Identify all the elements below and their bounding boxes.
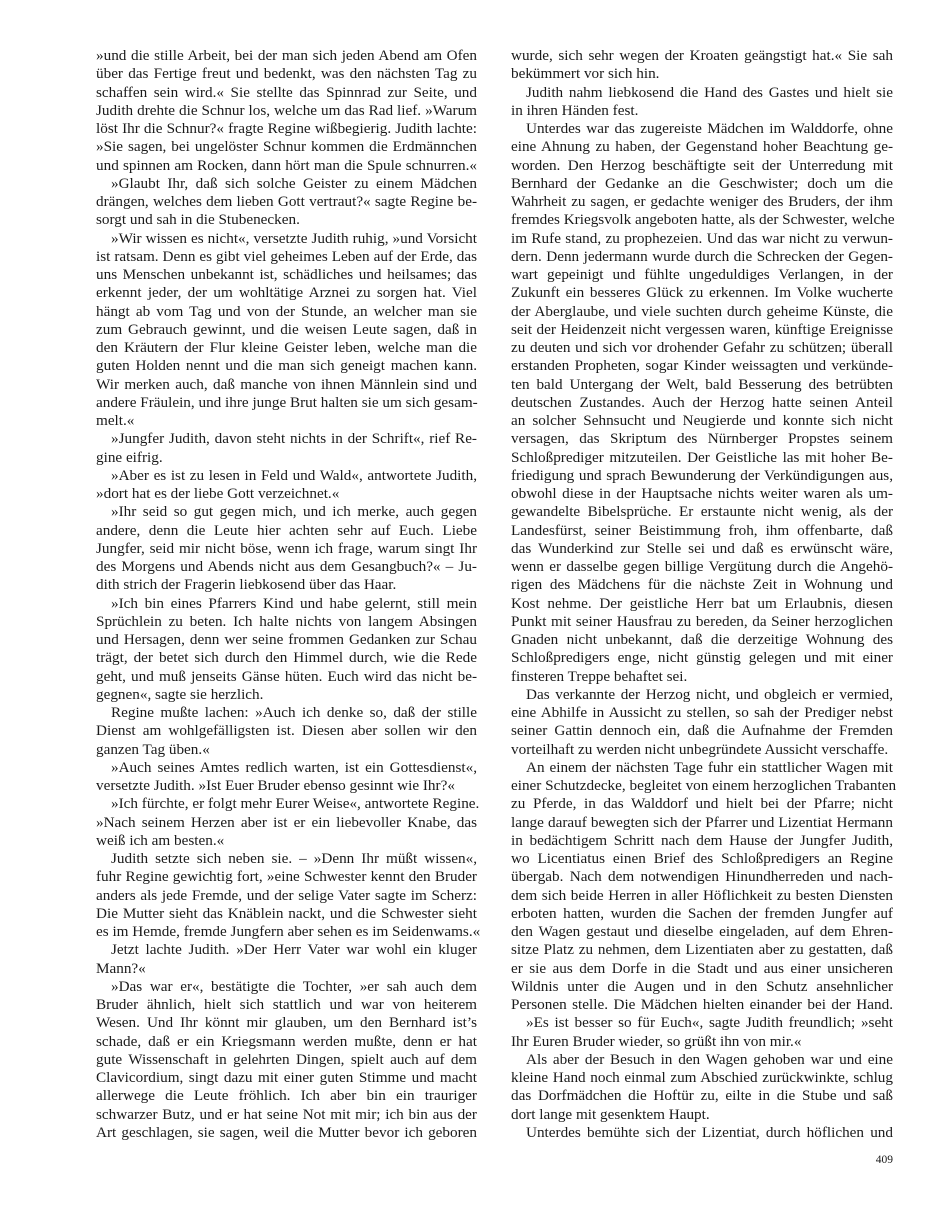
text-line: »und die stille Arbeit, bei der man sich… (96, 47, 477, 65)
text-line: übergab. Nach dem notwendigen Hinundherr… (511, 868, 893, 886)
text-line: An einem der nächsten Tage fuhr ein stat… (511, 759, 893, 777)
text-line: den Kräutern der Flur kleine Geister leb… (96, 339, 477, 357)
text-line: anders als jede Fremde, und der selige V… (96, 887, 477, 905)
text-line: »Ich bin eines Pfarrers Kind und habe ge… (96, 595, 477, 613)
text-line: Landesfürst, seiner Beistimmung froh, ih… (511, 522, 893, 540)
text-line: Kost nehme. Der geistliche Herr bat um E… (511, 595, 893, 613)
text-line: Unterdes war das zugereiste Mädchen im W… (511, 120, 893, 138)
text-line: wurde, sich sehr wegen der Kroaten geäng… (511, 47, 893, 65)
text-line: lange darauf bewegten sich der Pfarrer u… (511, 814, 893, 832)
text-line: den Wagen gestaut und dieselbe eingelade… (511, 923, 893, 941)
text-line: Regine mußte lachen: »Auch ich denke so,… (96, 704, 477, 722)
text-line: Schloßpredigers enge, nicht günstig gele… (511, 649, 893, 667)
text-line: worden. Den Herzog beschäftigte seit der… (511, 157, 893, 175)
text-line: andere Fräulein, und ihre junge Brut hal… (96, 394, 477, 412)
text-line: Das verkannte der Herzog nicht, und obgl… (511, 686, 893, 704)
text-line: Zukunft ein besseres Glück zu erkennen. … (511, 284, 893, 302)
text-line: Sprüchlein zu beten. Ich halte nichts vo… (96, 613, 477, 631)
text-line: Bernhard der Gedanke an die Geschwister;… (511, 175, 893, 193)
text-line: Punkt mit seiner Hausfrau zu bereden, da… (511, 613, 893, 631)
text-line: friedigung und sprach Bewunderung der Ve… (511, 467, 893, 485)
text-line: vorteilhaft zu werden nicht unbegründete… (511, 741, 893, 759)
text-line: »dort hat es der liebe Gott verzeichnet.… (96, 485, 477, 503)
right-text-column: wurde, sich sehr wegen der Kroaten geäng… (511, 47, 893, 1142)
text-line: Jungfer, seid mir nicht böse, wenn ich f… (96, 540, 477, 558)
text-line: Judith nahm liebkosend die Hand des Gast… (511, 84, 893, 102)
text-line: obwohl diese in der Hauptsache nichts we… (511, 485, 893, 503)
page-number: 409 (870, 1153, 893, 1167)
text-line: einer Schutzdecke, begleitet von einem h… (511, 777, 893, 795)
text-line: sitze Platz zu nehmen, dem Lizentiaten a… (511, 941, 893, 959)
text-line: dort lange mit gesenktem Haupt. (511, 1106, 893, 1124)
text-line: Personen stelle. Die Mädchen hielten ein… (511, 996, 893, 1014)
left-text-column: »und die stille Arbeit, bei der man sich… (96, 47, 477, 1142)
text-line: gewandelte Bibelsprüche. Er erstaunte ni… (511, 503, 893, 521)
text-line: und spinnen am Rocken, dann hört man die… (96, 157, 477, 175)
text-line: seit der Heidenzeit nicht vergessen ware… (511, 321, 893, 339)
text-line: Wesen. Und Ihr könnt mir glauben, um den… (96, 1014, 477, 1032)
text-line: im Rufe stand, zu prophezeien. Und das w… (511, 230, 893, 248)
text-line: dem sich beide Herren in aller Höflichke… (511, 887, 893, 905)
text-line: »Es ist besser so für Euch«, sagte Judit… (511, 1014, 893, 1032)
text-line: und Hersagen, denn wer seine frommen Ged… (96, 631, 477, 649)
text-line: uns Menschen unbekannt ist, schädliches … (96, 266, 477, 284)
text-line: melt.« (96, 412, 477, 430)
text-line: »Ihr seid so gut gegen mich, und ich mer… (96, 503, 477, 521)
text-line: Jetzt lachte Judith. »Der Herr Vater war… (96, 941, 477, 959)
text-line: hängt ab vom Tag und von der Stunde, an … (96, 303, 477, 321)
text-line: ist ratsam. Denn es gibt viel geheimes L… (96, 248, 477, 266)
text-line: rigen des Mädchens für die nächste Zeit … (511, 576, 893, 594)
text-line: finsteren Treppe behaftet sei. (511, 668, 893, 686)
text-line: Unterdes bemühte sich der Lizentiat, dur… (511, 1124, 893, 1142)
text-line: schwarzer Butz, und er hat seine Not mit… (96, 1106, 477, 1124)
text-line: Judith drehte die Schnur los, welche um … (96, 102, 477, 120)
text-line: zu deuten und sich vor drohender Gefahr … (511, 339, 893, 357)
text-line: Wahrheit zu sagen, er gedachte weniger d… (511, 193, 893, 211)
text-line: dith strich der Fragerin liebkosend über… (96, 576, 477, 594)
text-line: Art geschlagen, sie sagen, weil die Mutt… (96, 1124, 477, 1142)
text-line: erboten hatten, wurden die Sachen der fr… (511, 905, 893, 923)
text-line: geht, und muß jenseits Gänse hüten. Euch… (96, 668, 477, 686)
text-line: dern. Denn jedermann wurde durch die Sch… (511, 248, 893, 266)
text-line: Wir merken auch, daß manche von ihnen Mä… (96, 376, 477, 394)
text-line: Ihr Euren Bruder wieder, so grüßt ihn vo… (511, 1033, 893, 1051)
text-line: »Auch seines Amtes redlich warten, ist e… (96, 759, 477, 777)
text-line: gine eifrig. (96, 449, 477, 467)
text-line: zu Pferde, in das Walddorf und hielt bei… (511, 795, 893, 813)
text-line: Schloßprediger mitzuteilen. Der Geistlic… (511, 449, 893, 467)
text-line: drängen, welches dem lieben Gott vertrau… (96, 193, 477, 211)
text-line: fuhr Regine gewichtig fort, »eine Schwes… (96, 868, 477, 886)
text-line: erkennt jeder, der um wohltätige Arznei … (96, 284, 477, 302)
text-line: »Sie sagen, bei ungelöster Schnur kommen… (96, 138, 477, 156)
text-line: Gnaden nicht unbekannt, daß die derzeiti… (511, 631, 893, 649)
text-line: zum Gebrauch gewinnt, und die weisen Leu… (96, 321, 477, 339)
text-line: allerwege die Leute fröhlich. Ich aber b… (96, 1087, 477, 1105)
text-line: löst Ihr die Schnur?« fragte Regine wißb… (96, 120, 477, 138)
text-line: »Jungfer Judith, davon steht nichts in d… (96, 430, 477, 448)
text-line: guten Holden nennt und die man sich gene… (96, 357, 477, 375)
text-line: der Aberglaube, und viele suchten durch … (511, 303, 893, 321)
text-line: sorgt und sah in die Stubenecken. (96, 211, 477, 229)
text-line: an solcher Sehnsucht und Neugierde und k… (511, 412, 893, 430)
text-line: weiß ich am besten.« (96, 832, 477, 850)
text-line: wenn er dasselbe gegen billige Vergütung… (511, 558, 893, 576)
text-line: schade, daß er ein Kriegsmann werden muß… (96, 1033, 477, 1051)
text-line: wart gepeinigt und fühlte ungeduldiges V… (511, 266, 893, 284)
text-line: Judith setzte sich neben sie. – »Denn Ih… (96, 850, 477, 868)
text-line: gute Wissenschaft in gelehrten Dingen, s… (96, 1051, 477, 1069)
text-line: deutschen Zustandes. Auch der Herzog hat… (511, 394, 893, 412)
text-line: Wildnis unter die Augen und in den Schut… (511, 978, 893, 996)
text-line: Mann?« (96, 960, 477, 978)
text-line: über das Fertige freut und bedenkt, was … (96, 65, 477, 83)
text-line: es im Hemde, fremde Jungfern aber sehen … (96, 923, 477, 941)
text-line: erstanden Propheten, sogar Kinder weissa… (511, 357, 893, 375)
text-line: Clavicordium, singt dazu mit einer guten… (96, 1069, 477, 1087)
text-line: Bruder ähnlich, hielt sich stattlich und… (96, 996, 477, 1014)
text-line: »Nach seinem Herzen aber ist er ein lieb… (96, 814, 477, 832)
text-line: gegnen«, sagte sie herzlich. (96, 686, 477, 704)
text-line: kleine Hand noch einmal zum Abschied zur… (511, 1069, 893, 1087)
text-line: »Wir wissen es nicht«, versetzte Judith … (96, 230, 477, 248)
text-line: ganzen Tag üben.« (96, 741, 477, 759)
text-line: schaffen sein wird.« Sie stellte das Spi… (96, 84, 477, 102)
text-line: in bedächtigem Schritt nach dem Hause de… (511, 832, 893, 850)
text-line: wo Licentiatus einen Brief des Schloßpre… (511, 850, 893, 868)
text-line: seiner Gattin dennoch ein, daß die Aufna… (511, 722, 893, 740)
text-line: in ihren Händen fest. (511, 102, 893, 120)
text-line: andere, denn die Leute hier achten sehr … (96, 522, 477, 540)
text-line: das Wunderkind zur Stelle sei und daß es… (511, 540, 893, 558)
text-line: »Ich fürchte, er folgt mehr Eurer Weise«… (96, 795, 477, 813)
text-line: Die Mutter sieht das Knäblein nackt, und… (96, 905, 477, 923)
text-line: fremdes Kriegsvolk angeboten hatte, als … (511, 211, 893, 229)
text-line: Dienst am wohlgefälligsten ist. Diesen a… (96, 722, 477, 740)
text-line: trägt, der betet sich durch den Himmel d… (96, 649, 477, 667)
text-line: er sie aus dem Dorfe in die Stadt und au… (511, 960, 893, 978)
text-line: des Morgens und Abends nicht aus dem Ges… (96, 558, 477, 576)
text-line: »Glaubt Ihr, daß sich solche Geister zu … (96, 175, 477, 193)
text-line: bekümmert vor sich hin. (511, 65, 893, 83)
text-line: »Aber es ist zu lesen in Feld und Wald«,… (96, 467, 477, 485)
text-line: versetzte Judith. »Ist Euer Bruder ebens… (96, 777, 477, 795)
text-line: Als aber der Besuch in den Wagen gehoben… (511, 1051, 893, 1069)
text-line: eine Abhilfe in Aussicht zu stellen, so … (511, 704, 893, 722)
text-line: das Dorfmädchen die Hoftür zu, eilte in … (511, 1087, 893, 1105)
text-line: »Das war er«, bestätigte die Tochter, »e… (96, 978, 477, 996)
text-line: eine Ahnung zu haben, der Gegenstand hoh… (511, 138, 893, 156)
text-line: versagen, das Skriptum des Nürnberger Pr… (511, 430, 893, 448)
text-line: ten bald Untergang der Welt, bald Besser… (511, 376, 893, 394)
